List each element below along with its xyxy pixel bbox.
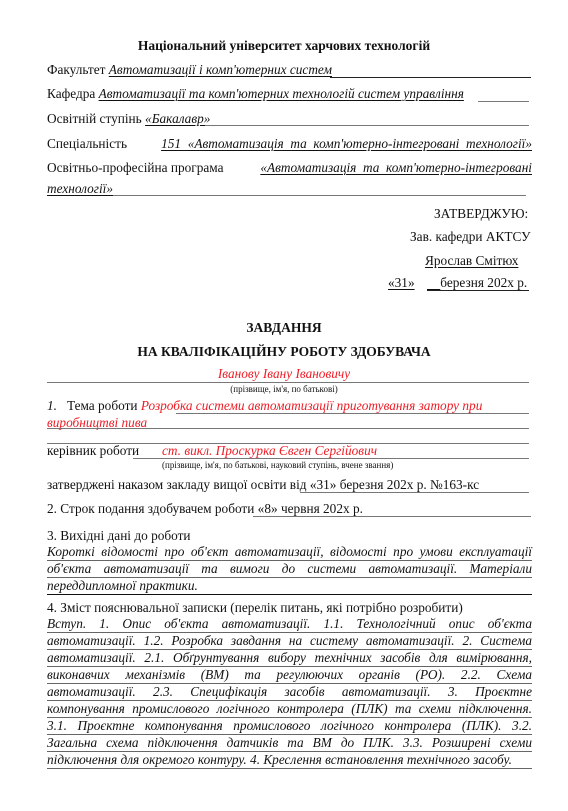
order-underline bbox=[300, 492, 529, 493]
faculty-row: Факультет Автоматизації і комп'ютерних с… bbox=[47, 62, 332, 78]
supervisor-label: керівник роботи bbox=[47, 443, 139, 458]
contents-line: автоматизації. 2.1. Обґрунтування вибору… bbox=[47, 650, 532, 667]
topic-number: 1. bbox=[47, 398, 57, 413]
input-data-line: об'єкта автоматизації та вимоги до систе… bbox=[47, 561, 532, 578]
degree-row: Освітній ступінь «Бакалавр» bbox=[47, 111, 210, 127]
input-data-line: переддипломної практики. bbox=[47, 578, 532, 595]
contents-line: 3.1. Проєктне компонування промислового … bbox=[47, 718, 532, 735]
supervisor-row: керівник роботи bbox=[47, 443, 139, 459]
approval-name: Ярослав Смітюх bbox=[425, 253, 518, 269]
input-data-line: Короткі відомості про об'єкт автоматизац… bbox=[47, 544, 532, 561]
order-row: затверджені наказом закладу вищої освіти… bbox=[47, 477, 479, 493]
contents-title: 4. Зміст пояснювальної записки (перелік … bbox=[47, 600, 463, 616]
program-row: Освітньо-професійна програма «Автоматиза… bbox=[47, 160, 532, 176]
approval-title: ЗАТВЕРДЖУЮ: bbox=[434, 206, 528, 222]
department-label: Кафедра bbox=[47, 86, 95, 101]
student-name: Іванову Івану Івановичу bbox=[0, 366, 568, 382]
order-prefix: затверджені наказом закладу вищої освіти… bbox=[47, 477, 310, 492]
student-name-underline bbox=[47, 382, 529, 383]
specialty-row: Спеціальність 151 «Автоматизація та комп… bbox=[47, 136, 532, 152]
faculty-label: Факультет bbox=[47, 62, 105, 77]
supervisor-caption: (прізвище, ім'я, по батькові, науковий с… bbox=[162, 460, 393, 470]
specialty-value: 151 «Автоматизація та комп'ютерно-інтегр… bbox=[161, 136, 532, 152]
contents-line: автоматизації. 1.2. Розробка завдання на… bbox=[47, 633, 532, 650]
deadline-prefix: 2. Строк подання здобувачем роботи « bbox=[47, 501, 264, 516]
degree-value: «Бакалавр» bbox=[145, 111, 210, 126]
specialty-label: Спеціальність bbox=[47, 136, 127, 152]
input-data-text: Короткі відомості про об'єкт автоматизац… bbox=[47, 544, 532, 595]
contents-line: виконавчих механізмів (ВМ) та регулюючих… bbox=[47, 667, 532, 684]
supervisor-value: ст. викл. Проскурка Євген Сергійович bbox=[162, 443, 377, 459]
program-row-2: технології» bbox=[47, 181, 113, 197]
contents-line: підключення для окремого контуру. 4. Кре… bbox=[47, 752, 532, 769]
program-underline bbox=[113, 195, 526, 196]
university-title: Національний університет харчових технол… bbox=[0, 38, 568, 54]
approval-position: Зав. кафедри АКТСУ bbox=[410, 229, 531, 245]
approval-month-year: березня 202х р. bbox=[427, 275, 527, 291]
faculty-underline bbox=[330, 77, 531, 78]
contents-line: Загальна схема підключення датчиків та В… bbox=[47, 735, 532, 752]
department-value: Автоматизації та комп'ютерних технологій… bbox=[99, 86, 464, 101]
contents-line: Вступ. 1. Опис об'єкта автоматизації. 1.… bbox=[47, 616, 532, 633]
program-value-line2: технології» bbox=[47, 181, 113, 196]
deadline-underline bbox=[253, 516, 531, 517]
supervisor-underline bbox=[133, 458, 529, 459]
degree-underline bbox=[205, 125, 529, 126]
program-label: Освітньо-професійна програма bbox=[47, 160, 224, 176]
task-title: ЗАВДАННЯ bbox=[0, 320, 568, 336]
approval-month-text: березня 202х р. bbox=[440, 275, 527, 290]
task-subtitle: НА КВАЛІФІКАЦІЙНУ РОБОТУ ЗДОБУВАЧА bbox=[0, 344, 568, 360]
order-value: «31» березня 202х р. №163-кс bbox=[310, 477, 479, 492]
faculty-value: Автоматизації і комп'ютерних систем bbox=[109, 62, 332, 77]
topic-value-line1: Розробка системи автоматизації приготува… bbox=[141, 398, 483, 413]
approval-day: «31» bbox=[388, 275, 415, 291]
deadline-row: 2. Строк подання здобувачем роботи «8» ч… bbox=[47, 501, 363, 517]
deadline-value: 8» червня 202х р. bbox=[264, 501, 363, 516]
contents-text: Вступ. 1. Опис об'єкта автоматизації. 1.… bbox=[47, 616, 532, 769]
degree-label: Освітній ступінь bbox=[47, 111, 142, 126]
contents-line: компонування промислового логічного конт… bbox=[47, 701, 532, 718]
topic-row: 1. Тема роботи Розробка системи автомати… bbox=[47, 398, 482, 414]
department-row: Кафедра Автоматизації та комп'ютерних те… bbox=[47, 86, 464, 102]
topic-underline-1 bbox=[176, 413, 529, 414]
student-name-caption: (прізвище, ім'я, по батькові) bbox=[0, 384, 568, 394]
topic-label: Тема роботи bbox=[67, 398, 138, 413]
input-data-title: 3. Вихідні дані до роботи bbox=[47, 528, 191, 544]
topic-underline-2 bbox=[47, 428, 529, 429]
approval-date-underline bbox=[427, 290, 529, 291]
contents-line: автоматизації. 2.3. Специфікація засобів… bbox=[47, 684, 532, 701]
department-underline bbox=[478, 101, 529, 102]
program-value-line1: «Автоматизація та комп'ютерно-інтегрован… bbox=[260, 160, 532, 176]
